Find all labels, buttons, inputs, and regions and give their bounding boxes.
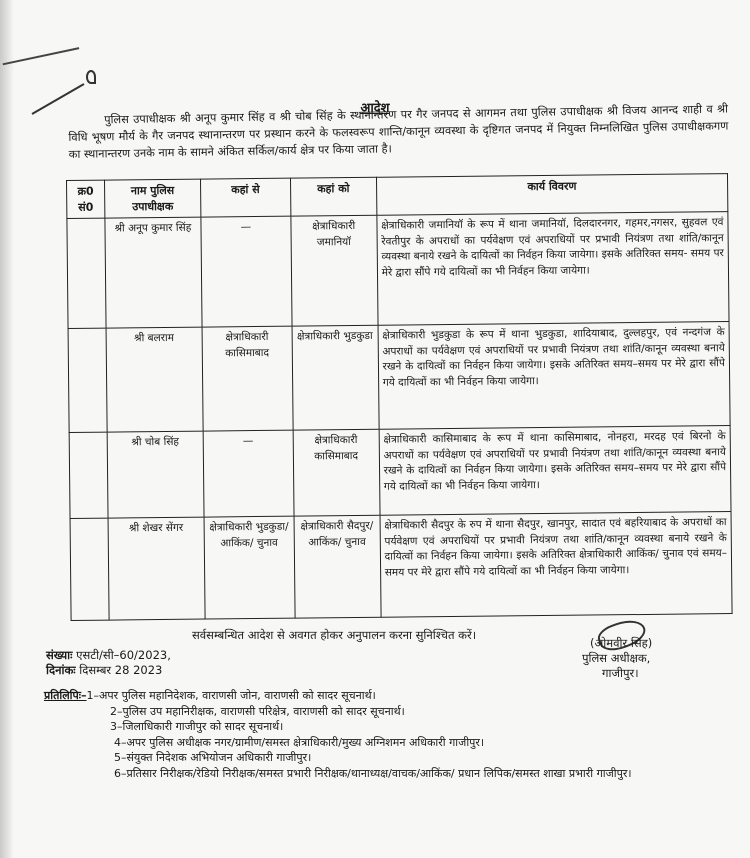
header-description: कार्य विवरण [376, 174, 728, 216]
cell-description: क्षेत्राधिकारी सैदपुर के रुप में थाना सै… [380, 512, 732, 618]
signatory-place: गाजीपुर। [602, 666, 639, 681]
table-row: श्री शेखर सेंगर क्षेत्राधिकारी भुडकुडा/ … [70, 512, 732, 621]
cell-name: श्री बलराम [106, 327, 203, 432]
cell-from: — [201, 216, 292, 327]
table-row: श्री बलराम क्षेत्राधिकारी कासिमाबाद क्षे… [68, 322, 730, 433]
header-from: कहां से [200, 178, 290, 217]
compliance-instruction: सर्वसम्बन्धित आदेश से अवगत होकर अनुपालन … [192, 628, 612, 643]
copy-item: 4–अपर पुलिस अधीक्षक नगर/ग्रामीण/समस्त क्… [44, 735, 724, 751]
cell-name: श्री चोब सिंह [107, 431, 204, 518]
handwritten-mark [3, 47, 84, 85]
table-row: श्री अनूप कुमार सिंह — क्षेत्राधिकारी जम… [67, 212, 729, 329]
copy-item: 3–जिलाधिकारी गाजीपुर को सादर सूचनार्थ। [44, 719, 724, 735]
cell-to: क्षेत्राधिकारी भुडकुडा [292, 325, 379, 430]
signatory-name: (ओमवीर सिंह) [590, 636, 652, 651]
cell-from: — [203, 430, 294, 517]
copy-item: प्रतिलिपिः–1–अपर पुलिस महानिदेशक, वाराणस… [44, 688, 724, 704]
cell-to: क्षेत्राधिकारी कासिमाबाद [293, 429, 380, 516]
copy-item-text: 1–अपर पुलिस महानिदेशक, वाराणसी जोन, वारा… [87, 689, 376, 702]
copy-item: 5–संयुक्त निदेशक अभियोजन अधिकारी गाजीपुर… [44, 750, 724, 766]
cell-from: क्षेत्राधिकारी कासिमाबाद [202, 326, 293, 431]
cell-description: क्षेत्राधिकारी जमानियॉ के रूप में थाना ज… [377, 212, 729, 326]
reference-block: संख्याः एसटी/सी–60/2023, दिनांकः दिसम्बर… [46, 648, 171, 678]
copy-to-label: प्रतिलिपिः– [44, 689, 87, 702]
cell-serial [70, 518, 109, 620]
cell-to: क्षेत्राधिकारी सैदपुर/ आकिंक/ चुनाव [294, 515, 381, 618]
reference-number-label: संख्याः [46, 648, 72, 662]
copy-to-list: प्रतिलिपिः–1–अपर पुलिस महानिदेशक, वाराणस… [44, 688, 724, 781]
cell-serial [67, 218, 106, 328]
header-to: कहां को [290, 177, 376, 216]
scanned-document-page: आदेश पुलिस उपाधीक्षक श्री अनूप कुमार सिं… [0, 0, 750, 858]
copy-item: 2–पुलिस उप महानिरीक्षक, वाराणसी परिक्षेत… [44, 704, 724, 720]
cell-description: क्षेत्राधिकारी भुडकुडा के रूप में थाना भ… [378, 322, 730, 430]
cell-serial [69, 432, 108, 518]
cell-from: क्षेत्राधिकारी भुडकुडा/ आकिंक/ चुनाव [204, 516, 295, 619]
reference-date-label: दिनांकः [46, 663, 76, 677]
cell-name: श्री अनूप कुमार सिंह [105, 217, 202, 328]
cell-name: श्री शेखर सेंगर [108, 517, 205, 620]
reference-number-line: संख्याः एसटी/सी–60/2023, [46, 648, 171, 663]
page-edge-shadow [0, 0, 14, 858]
table-row: श्री चोब सिंह — क्षेत्राधिकारी कासिमाबाद… [69, 426, 731, 519]
intro-paragraph: पुलिस उपाधीक्षक श्री अनूप कुमार सिंह व श… [68, 100, 729, 163]
copy-item: 6–प्रतिसार निरीक्षक/रेडियो निरीक्षक/समस्… [44, 766, 724, 782]
transfer-table: क्र0 सं0 नाम पुलिस उपाधीक्षक कहां से कहा… [66, 173, 733, 621]
reference-date-value: दिसम्बर 28 2023 [79, 663, 162, 677]
signatory-designation: पुलिस अधीक्षक, [582, 651, 650, 666]
handwritten-mark [86, 70, 96, 84]
reference-date-line: दिनांकः दिसम्बर 28 2023 [46, 663, 171, 678]
cell-serial [68, 328, 107, 432]
header-name: नाम पुलिस उपाधीक्षक [104, 179, 200, 218]
reference-number-value: एसटी/सी–60/2023, [76, 648, 171, 662]
cell-description: क्षेत्राधिकारी कासिमाबाद के रूप में थाना… [379, 426, 731, 516]
cell-to: क्षेत्राधिकारी जमानियॉ [291, 215, 378, 326]
header-serial: क्र0 सं0 [67, 180, 105, 218]
